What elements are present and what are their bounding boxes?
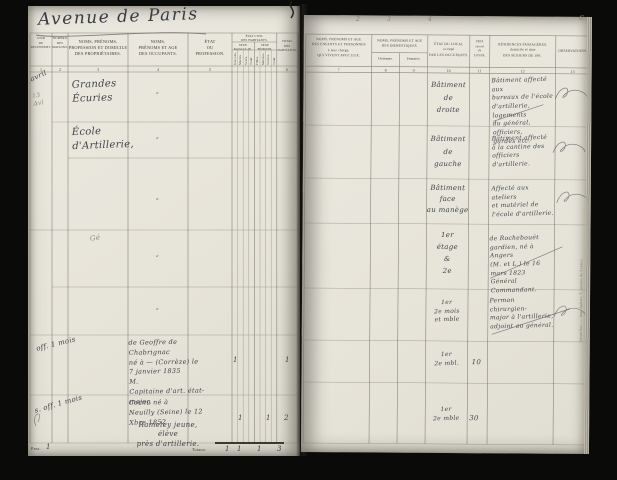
tally-mark: 1: [238, 414, 242, 422]
col-maries: Mariés.: [238, 51, 242, 65]
footer-note: Rameley jeune, élève près d'artillerie.: [128, 421, 208, 449]
col-mariees: Mariées.: [261, 51, 265, 65]
header-domestiques: NOMS, PRÉNOMS ET AGE DES DOMESTIQUES.: [372, 38, 428, 49]
ink-flourish: [553, 83, 589, 105]
header-femmes: Femmes.: [400, 57, 428, 62]
col-number-6: 6: [286, 67, 288, 72]
col-number-12: 12: [521, 68, 525, 73]
col-filles: Filles.: [255, 51, 259, 65]
residence-note: Affecté aux ateliers et matériel de l'éc…: [491, 184, 554, 220]
totaux-label: Totaux.: [192, 447, 214, 453]
col-number-5: 5: [209, 67, 211, 72]
header-etat-profession: ÉTAT OU PROFESSION.: [188, 39, 232, 58]
prix-value: 10: [472, 358, 482, 368]
header-etat-local: ÉTAT DU LOCAL occupé PAR LES OCCUPANTS.: [428, 42, 470, 58]
col-number-10: 10: [447, 67, 451, 72]
pass-label: Pass.: [31, 446, 47, 452]
pass-value: 1: [46, 443, 50, 451]
header-residences: RÉSIDENCES PASSAGÈRES, domicile et date …: [490, 42, 556, 58]
header-etat-civil: ÉTAT CIVIL DES HABITANTS.: [232, 34, 277, 43]
header-proprietaires: NOMS, PRÉNOMS, PROFESSION ET DOMICILE DE…: [68, 39, 128, 58]
col-total-m: Total.: [249, 51, 253, 65]
total-tally: 3: [277, 445, 281, 453]
ditto-mark: ″: [156, 198, 159, 206]
pencil-page-number: 4: [428, 16, 432, 23]
local-meuble: 1er 2e mois et mble: [430, 299, 465, 326]
tally-mark: 1: [233, 356, 237, 364]
ink-flourish: [551, 137, 587, 159]
ditto-mark: ″: [156, 255, 159, 263]
ditto-mark: ″: [156, 308, 159, 316]
header-jour: JOUR DU RECENSEMT.: [30, 36, 52, 50]
residence-rochebouet: de Rochebouët gardien, né à Angers (M. e…: [489, 234, 555, 297]
col-number-13: 13: [571, 68, 575, 73]
col-number-4: 4: [157, 67, 159, 72]
tally-mark: 2: [284, 414, 288, 422]
header-numero: NUMÉRO DES MAISONS.: [52, 36, 68, 50]
register-right-page: NOMS, PRÉNOMS ET AGE DES ENFANTS ET PERS…: [301, 15, 592, 454]
col-number-11: 11: [478, 68, 482, 73]
pencil-page-number: 3: [387, 16, 391, 23]
col-veufs: Veufs.: [244, 51, 248, 65]
col-total-f: Total.: [272, 51, 276, 65]
entry-ecole-artillerie: École d'Artillerie,: [72, 124, 135, 153]
residence-note: Bâtiment affecté à la cantine des offici…: [492, 134, 555, 170]
col-number-7: 7: [338, 67, 340, 72]
local-batiment-gauche: Bâtiment de gauche: [429, 133, 467, 171]
tally-mark: 1: [285, 356, 289, 364]
total-tally: 1: [257, 445, 261, 453]
tally-mark: 1: [266, 414, 270, 422]
local-meuble: 1er 2e mble: [429, 406, 463, 424]
total-tally: 1: [225, 445, 229, 453]
register-left-page: Avenue de Paris JOUR DU RECENSEMT. N: [28, 6, 300, 456]
pencil-note: Gé: [89, 233, 101, 244]
header-prix-loyer: PRIX annuel du LOYER.: [470, 39, 490, 57]
local-meuble: 1er 2e mbl.: [429, 351, 463, 369]
header-observations: OBSERVATIONS.: [556, 49, 590, 54]
header-total: TOTAL DES HABITANTS.: [277, 39, 298, 53]
col-number-2: 2: [59, 67, 61, 72]
ditto-mark: ″: [156, 137, 159, 145]
col-number-3: 3: [97, 67, 99, 72]
printer-imprint: Versailles. — Imp. Aubert, 5, avenue de …: [579, 252, 584, 342]
ditto-mark: ″: [156, 92, 159, 100]
col-number-9: 9: [413, 67, 415, 72]
header-enfants: NOMS, PRÉNOMS ET AGE DES ENFANTS ET PERS…: [306, 37, 372, 58]
entry-grandes-ecuries: Grandes Écuries: [72, 77, 118, 106]
prix-value: 30: [469, 414, 479, 424]
header-occupants: NOMS, PRÉNOMS ET AGE DES OCCUPANTS.: [128, 39, 188, 58]
header-hommes: Hommes.: [372, 56, 400, 61]
col-garcons: Garçons.: [233, 51, 237, 65]
col-number-8: 8: [385, 67, 387, 72]
pencil-page-number: 2: [356, 16, 360, 23]
total-tally: 1: [237, 445, 241, 453]
col-veuves: Veuves.: [266, 51, 270, 65]
binding-pencil-mark: [282, 0, 304, 20]
local-etages: 1er étage & 2e: [432, 230, 462, 278]
local-batiment-droite: Bâtiment de droite: [429, 79, 467, 117]
residence-permon: Permon chirurgien- major à l'artillerie,…: [489, 296, 554, 333]
local-batiment-manege: Bâtiment face au manège: [427, 183, 469, 217]
